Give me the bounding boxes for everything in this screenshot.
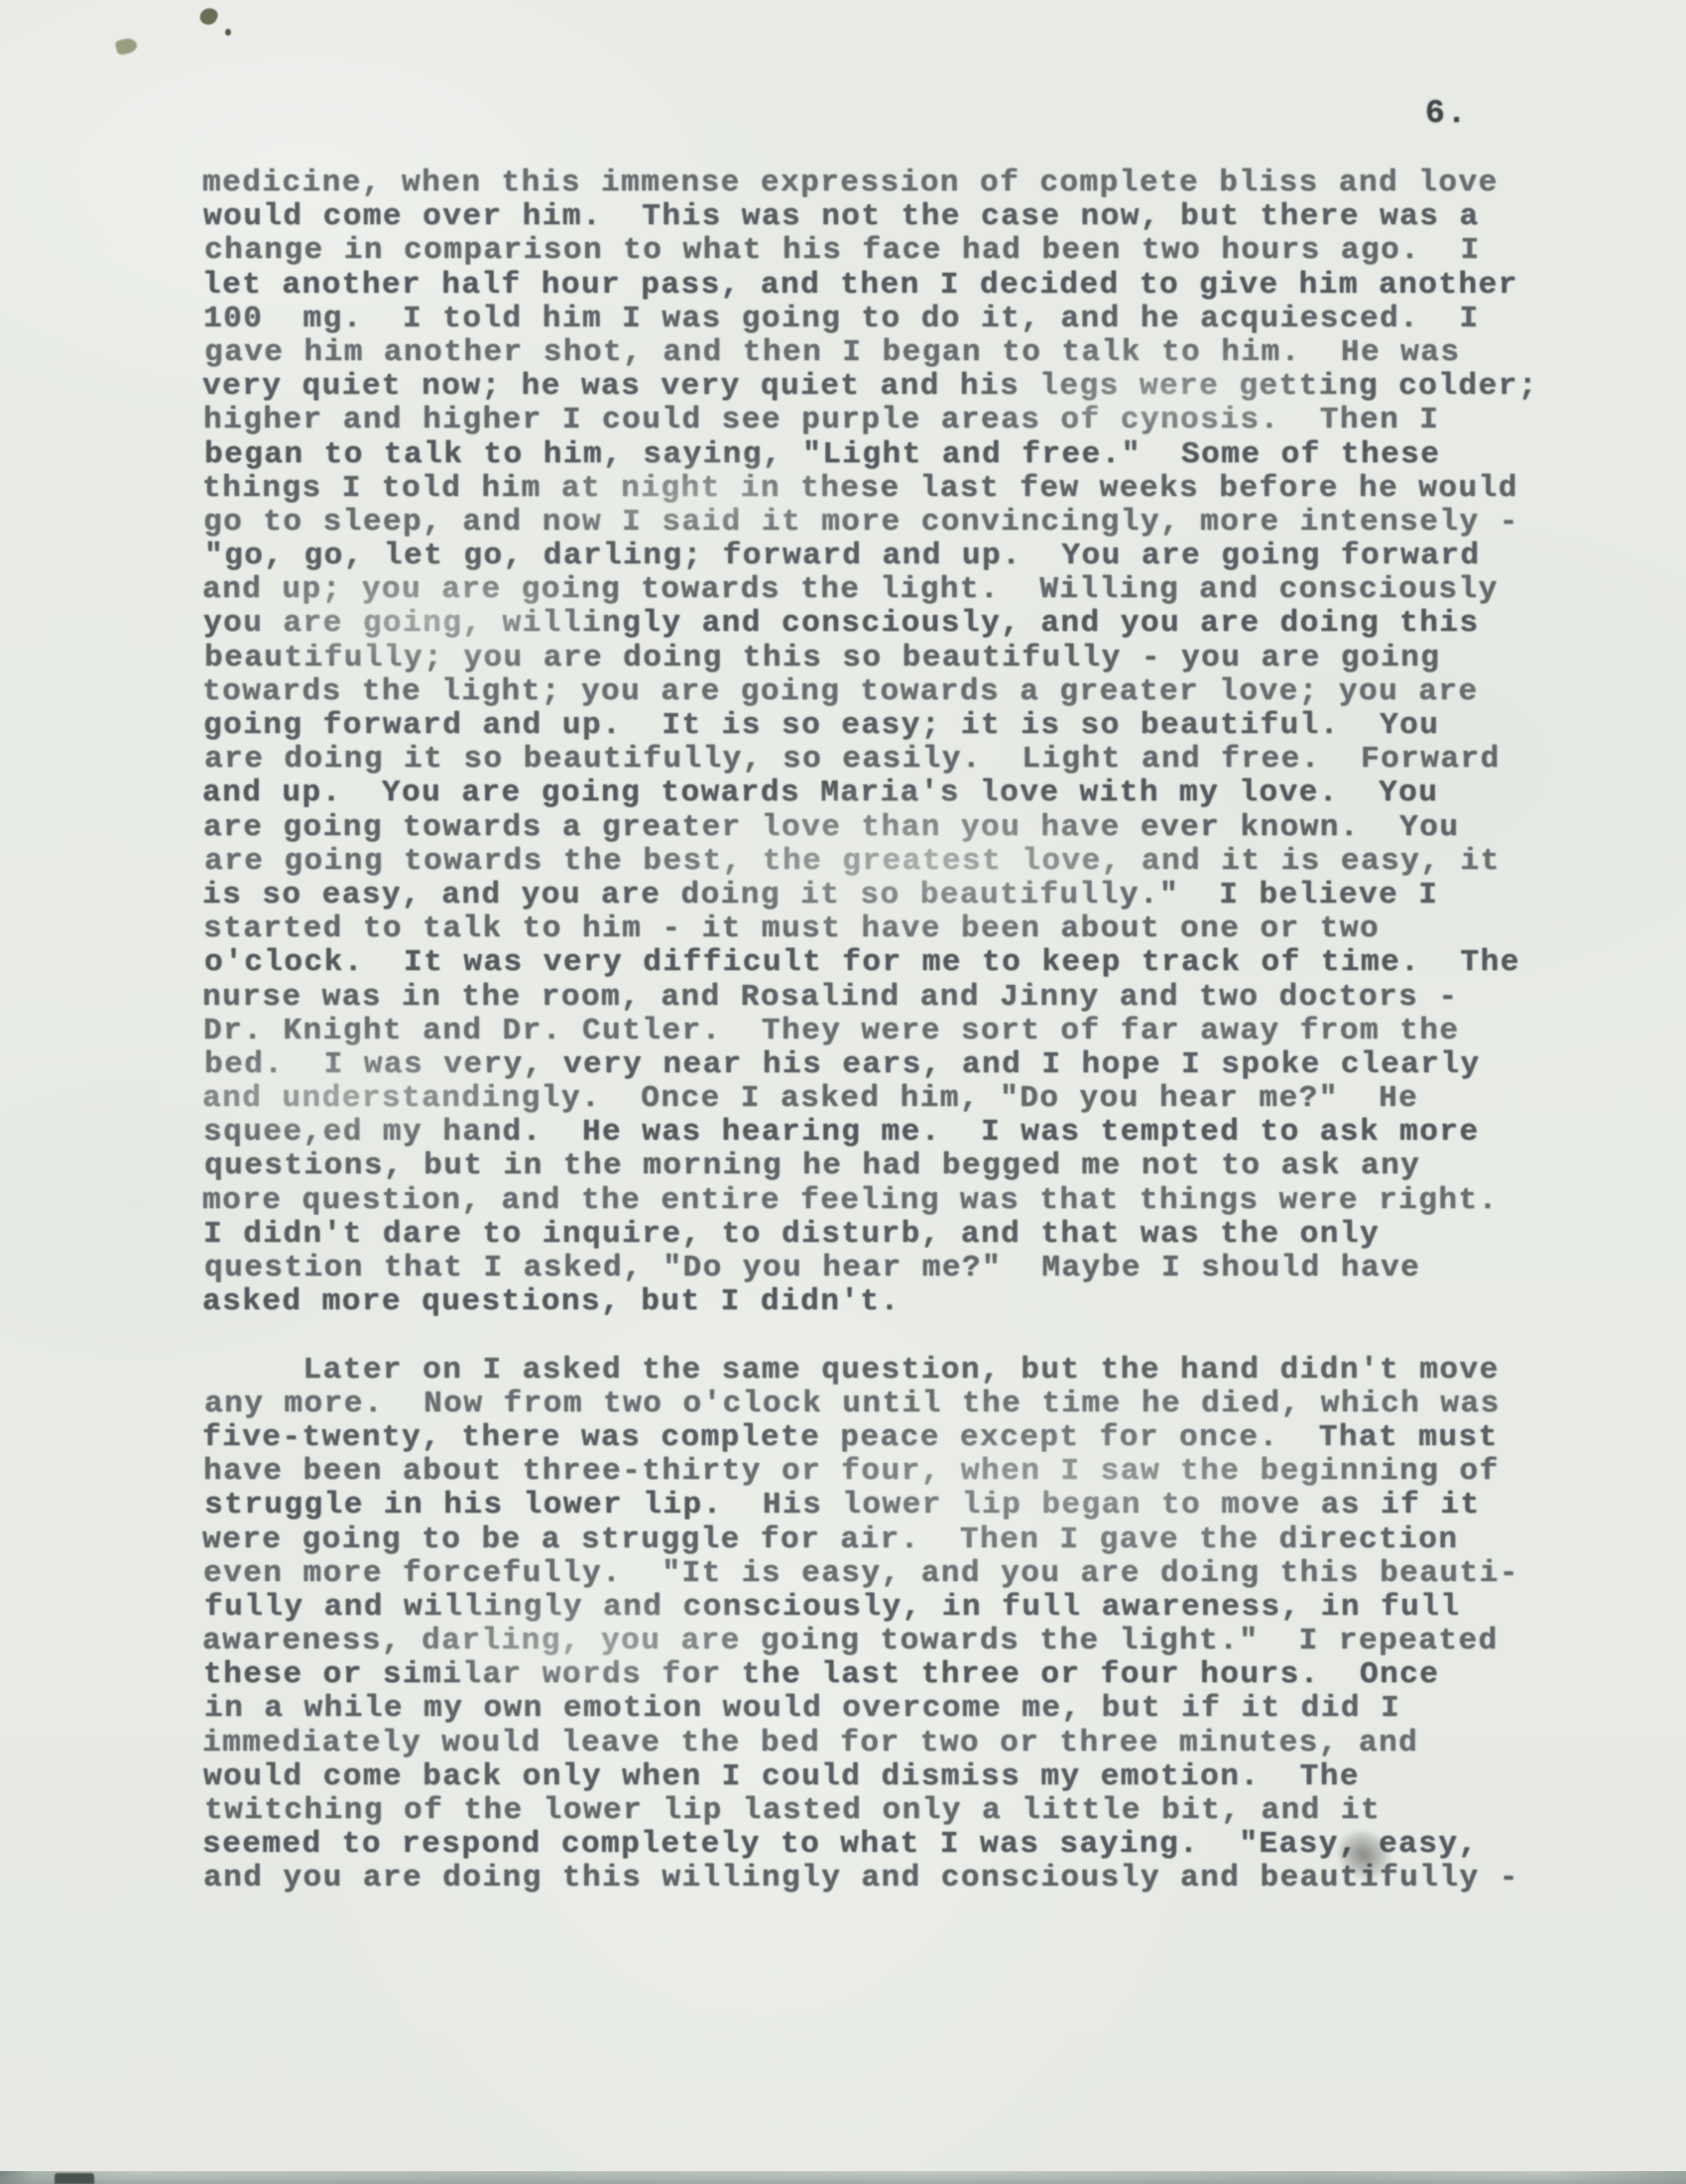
scan-edge-mark [55,2173,94,2184]
text-line: twitching of the lower lip lasted only a… [204,1794,1540,1828]
paragraph: Later on I asked the same question, but … [203,1354,1539,1896]
scanned-document-page: 6. medicine, when this immense expressio… [0,0,1686,2184]
paragraph: medicine, when this immense expression o… [203,167,1539,1319]
text-line: let another half hour pass, and then I d… [202,269,1538,303]
text-line: Dr. Knight and Dr. Cutler. They were sor… [203,1015,1539,1048]
text-line: even more forcefully. "It is easy, and y… [203,1557,1539,1591]
text-line: bed. I was very, very near his ears, and… [204,1048,1540,1082]
text-line: would come back only when I could dismis… [203,1760,1539,1794]
text-line: immediately would leave the bed for two … [202,1727,1538,1760]
text-line: awareness, darling, you are going toward… [202,1625,1538,1658]
text-line: gave him another shot, and then I began … [204,336,1540,370]
text-line: five-twenty, there was complete peace ex… [202,1421,1538,1455]
text-line: and you are doing this willingly and con… [203,1862,1539,1895]
text-line: question that I asked, "Do you hear me?"… [204,1252,1540,1285]
text-line: things I told him at night in these last… [202,472,1538,506]
text-line: in a while my own emotion would overcome… [204,1692,1540,1726]
text-line: "go, go, let go, darling; forward and up… [204,540,1540,573]
text-line: going forward and up. It is so easy; it … [203,709,1539,743]
text-line: very quiet now; he was very quiet and hi… [202,370,1538,404]
text-line: beautifully; you are doing this so beaut… [204,642,1540,675]
text-line: and up; you are going towards the light.… [202,573,1538,607]
typewritten-text: medicine, when this immense expression o… [203,167,1539,1896]
text-line: fully and willingly and consciously, in … [204,1591,1540,1625]
text-line: asked more questions, but I didn't. [202,1285,1538,1319]
text-line: more question, and the entire feeling wa… [202,1184,1538,1218]
text-line: are going towards a greater love than yo… [203,811,1539,845]
text-line: squee,ed my hand. He was hearing me. I w… [203,1116,1539,1150]
text-line: I didn't dare to inquire, to disturb, an… [203,1218,1539,1252]
text-line: medicine, when this immense expression o… [202,167,1538,200]
text-line: started to talk to him - it must have be… [203,912,1539,946]
page-number: 6. [1425,95,1469,132]
text-line: struggle in his lower lip. His lower lip… [204,1489,1540,1522]
text-line: were going to be a struggle for air. The… [202,1523,1538,1557]
text-line: and understandingly. Once I asked him, "… [202,1082,1538,1116]
paper-speck [198,6,220,28]
text-line: any more. Now from two o'clock until the… [204,1388,1540,1421]
text-line: 100 mg. I told him I was going to do it,… [203,303,1539,336]
text-line: and up. You are going towards Maria's lo… [202,777,1538,810]
text-line: is so easy, and you are doing it so beau… [202,879,1538,912]
text-line: have been about three-thirty or four, wh… [203,1455,1539,1489]
text-line: go to sleep, and now I said it more conv… [203,506,1539,540]
text-line: these or similar words for the last thre… [203,1658,1539,1692]
text-line: would come over him. This was not the ca… [203,200,1539,234]
text-line: nurse was in the room, and Rosalind and … [202,981,1538,1015]
text-line: towards the light; you are going towards… [202,675,1538,709]
text-line: questions, but in the morning he had beg… [204,1150,1540,1183]
text-line: began to talk to him, saying, "Light and… [204,438,1540,472]
text-line: seemed to respond completely to what I w… [202,1828,1538,1862]
text-line: you are going, willingly and consciously… [203,607,1539,641]
paper-speck [114,37,138,57]
text-line: are going towards the best, the greatest… [204,845,1540,879]
paper-speck [225,29,231,36]
text-line: change in comparison to what his face ha… [204,234,1540,268]
text-line: are doing it so beautifully, so easily. … [204,743,1540,777]
text-line: Later on I asked the same question, but … [203,1354,1539,1388]
text-line: higher and higher I could see purple are… [203,404,1539,437]
text-line: o'clock. It was very difficult for me to… [204,946,1540,980]
scan-edge [0,2171,1686,2184]
